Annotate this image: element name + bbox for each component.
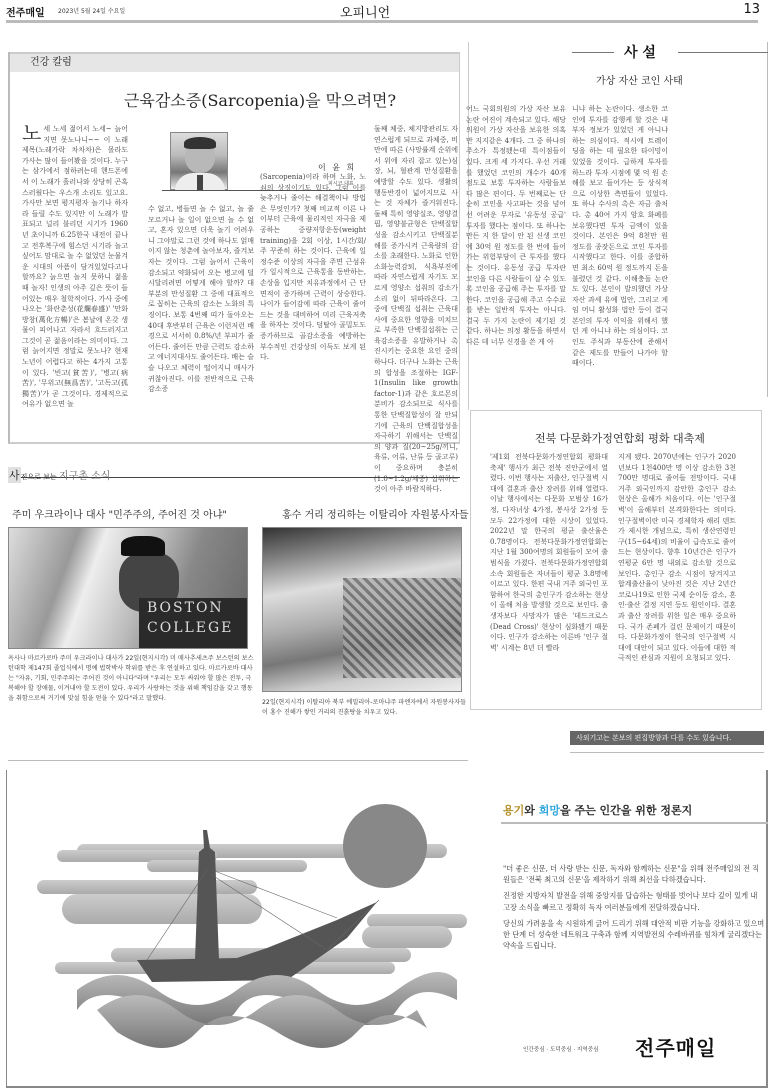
ad-slogan: 용기와 희망을 주는 인간을 위한 정론지 xyxy=(503,802,692,818)
article-column-2: 수 없고, 병들면 놀 수 없고, 놀 줄 모르거나 놀 일이 없으면 놀 수 … xyxy=(148,204,254,395)
editorial-label: 사 설 xyxy=(624,42,656,62)
photo-news-section: 사진으로 보는 지구촌 소식 xyxy=(8,464,460,478)
article-column-3: (Sarcopenia)이라 하며 노화, 노쇠의 상징이기도 있다. 그럼 이… xyxy=(260,172,366,363)
ad-body: "더 좋은 신문, 더 사랑 받는 신문, 독자와 함께하는 신문"을 위해 전… xyxy=(503,863,765,956)
ship-illustration xyxy=(7,770,491,1086)
newspaper-brand: 전주매일 xyxy=(6,4,45,19)
boston-college-sign: BOSTON COLLEGE xyxy=(139,598,248,649)
health-column-article: 건강 칼럼 근육감소증(Sarcopenia)을 막으려면? 노 세 노세 젊어… xyxy=(8,52,460,444)
flood-volunteers-photo[interactable] xyxy=(262,527,462,692)
newspaper-promo-ad: 용기와 희망을 주는 인간을 위한 정론지 "더 좋은 신문, 더 사랑 받는 … xyxy=(6,770,768,1088)
section-title: 오피니언 xyxy=(340,2,390,21)
photo-news-header: 사진으로 보는 지구촌 소식 xyxy=(8,464,460,478)
ad-paragraph: "더 좋은 신문, 더 사랑 받는 신문, 독자와 함께하는 신문"을 위해 전… xyxy=(503,863,765,885)
multicultural-column-1: '제1회 전북다문화가정연합회 평화대축제' 행사가 최근 전북 진안군에서 열… xyxy=(490,452,608,653)
article-column-1: 노 세 노세 젊어서 노세~ 늙어지면 못노나니~~ 이 노래 제목(노래가락 … xyxy=(22,124,128,410)
notice-divider xyxy=(570,752,764,753)
ad-paragraph: 당신의 가려움을 속 시원하게 긁어 드리기 위해 대안적 비판 기능을 강화하… xyxy=(503,918,765,952)
editorial-column-1: 어느 국회의원의 가상 자산 보유 논란 여진이 계속되고 있다. 해당 의원이… xyxy=(466,104,566,348)
article-title[interactable]: 근육감소증(Sarcopenia)을 막으려면? xyxy=(70,88,450,111)
photo-caption-2: 22일(현지시각) 이탈리아 북부 에밀리아-로마냐주 파엔자에서 자원봉사자들… xyxy=(262,698,472,718)
editorial-title[interactable]: 가상 자산 코인 사태 xyxy=(596,72,683,87)
slogan-divider xyxy=(501,822,768,824)
ad-tagline: 인간중심 · 도덕중심 · 지역중심 xyxy=(523,1045,599,1053)
photo-news-title-1[interactable]: 주미 우크라이나 대사 "민주주의, 주어진 것 아냐" xyxy=(12,506,227,521)
column-label: 건강 칼럼 xyxy=(10,52,459,72)
editorial-header: 사 설 xyxy=(572,42,768,62)
photo-news-title-2[interactable]: 홍수 거리 정리하는 이탈리아 자원봉사자들 xyxy=(282,506,469,521)
author-photo xyxy=(170,132,228,190)
ambassador-photo[interactable]: BOSTON COLLEGE xyxy=(8,527,248,649)
page-number: 13 xyxy=(743,2,760,17)
article-title[interactable]: 전북 다문화가정연합회 평화 대축제 xyxy=(480,430,760,446)
newspaper-logo: 전주매일 xyxy=(635,1032,716,1061)
editorial-column-2: 니냐 하는 논란이다. 생소한 코인에 투자를 감행케 할 것은 내부자 정보가… xyxy=(572,104,668,369)
page-header: 전주매일 2023년 5월 24일 수요일 오피니언 13 xyxy=(0,0,768,24)
photo-caption-1: 옥사나 마르카로바 주미 우크라이나 대사가 22일(현지시각) 미 매사추세츠… xyxy=(8,654,254,704)
disclaimer-notice: 사외기고는 본보의 편집방향과 다를 수도 있습니다. xyxy=(570,731,764,745)
section-divider xyxy=(8,760,468,761)
header-divider xyxy=(6,20,758,23)
article-column-4: 둘째 체중, 체지방관리도 자연스럽게 되므로 과체중, 비만에 따른 (사망률… xyxy=(374,124,458,495)
ad-paragraph: 진정한 지방자치 발전을 위해 중앙지를 답습하는 형태를 벗어나 보다 깊이 … xyxy=(503,890,765,912)
issue-date: 2023년 5월 24일 수요일 xyxy=(58,6,125,15)
dropcap: 노 xyxy=(22,124,41,142)
multicultural-column-2: 지게 됐다. 2070년에는 인구가 2020년보다 1천400만 명 이상 감… xyxy=(618,452,736,664)
